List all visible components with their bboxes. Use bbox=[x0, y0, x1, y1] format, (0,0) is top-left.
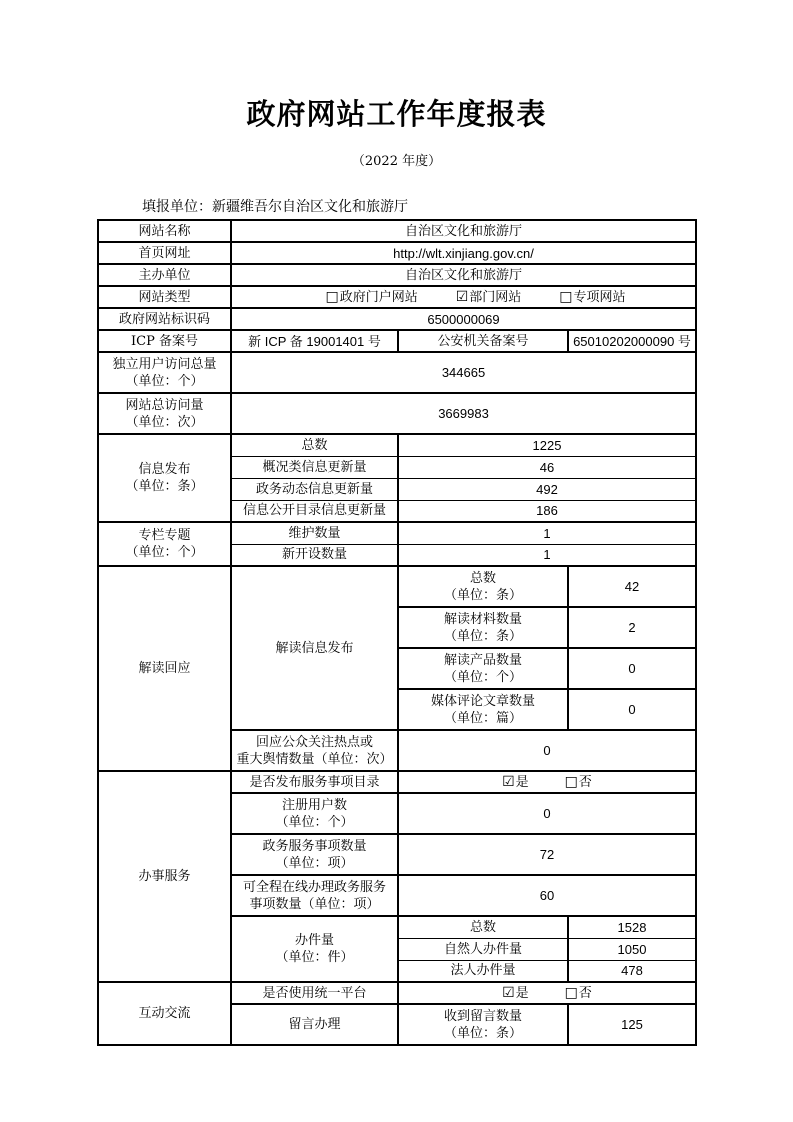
row-interpret-total: 解读回应 解读信息发布 总数 （单位：条） 42 bbox=[98, 566, 696, 607]
service-catalog-label: 是否发布服务事项目录 bbox=[231, 771, 398, 793]
info-publish-total-label: 总数 bbox=[231, 434, 398, 456]
cases-total-value: 1528 bbox=[568, 916, 696, 938]
interpret-products-label: 解读产品数量 （单位：个） bbox=[398, 648, 568, 689]
checkbox-checked-icon: ☑ bbox=[502, 774, 515, 791]
service-online-label: 可全程在线办理政务服务 事项数量（单位：项） bbox=[231, 875, 398, 916]
interact-section-label: 互动交流 bbox=[98, 982, 231, 1045]
annual-report-table: 网站名称 自治区文化和旅游厅 首页网址 http://wlt.xinjiang.… bbox=[97, 219, 697, 1046]
interpret-publish-label: 解读信息发布 bbox=[231, 566, 398, 730]
checkbox-checked-icon: ☑ bbox=[502, 985, 515, 1002]
checkbox-unchecked-icon: □ bbox=[325, 289, 338, 306]
info-publish-directory-value: 186 bbox=[398, 500, 696, 522]
columns-topics-section-label: 专栏专题 （单位：个） bbox=[98, 522, 231, 566]
interpret-media-value: 0 bbox=[568, 689, 696, 730]
home-url-value: http://wlt.xinjiang.gov.cn/ bbox=[231, 242, 696, 264]
row-unique-visitors: 独立用户访问总量 （单位：个） 344665 bbox=[98, 352, 696, 393]
interpret-total-value: 42 bbox=[568, 566, 696, 607]
cases-legal-label: 法人办件量 bbox=[398, 960, 568, 982]
unique-visitors-value: 344665 bbox=[231, 352, 696, 393]
row-icp: ICP 备案号 新 ICP 备 19001401 号 公安机关备案号 65010… bbox=[98, 330, 696, 352]
total-visits-value: 3669983 bbox=[231, 393, 696, 434]
interact-platform-label: 是否使用统一平台 bbox=[231, 982, 398, 1004]
host-unit-label: 主办单位 bbox=[98, 264, 231, 286]
service-registered-value: 0 bbox=[398, 793, 696, 834]
site-code-label: 政府网站标识码 bbox=[98, 308, 231, 330]
interpret-response-value: 0 bbox=[398, 730, 696, 771]
site-type-option-portal-label: 政府门户网站 bbox=[340, 289, 418, 306]
checkbox-unchecked-icon: □ bbox=[565, 774, 578, 791]
info-publish-overview-label: 概况类信息更新量 bbox=[231, 456, 398, 478]
unique-visitors-label: 独立用户访问总量 （单位：个） bbox=[98, 352, 231, 393]
info-publish-overview-value: 46 bbox=[398, 456, 696, 478]
service-section-label: 办事服务 bbox=[98, 771, 231, 982]
info-publish-dynamics-label: 政务动态信息更新量 bbox=[231, 478, 398, 500]
columns-new-value: 1 bbox=[398, 544, 696, 566]
row-info-publish-total: 信息发布 （单位：条） 总数 1225 bbox=[98, 434, 696, 456]
interpret-products-value: 0 bbox=[568, 648, 696, 689]
interact-platform-yesno: ☑是 □否 bbox=[401, 985, 693, 1002]
interpret-section-label: 解读回应 bbox=[98, 566, 231, 771]
cases-natural-label: 自然人办件量 bbox=[398, 938, 568, 960]
site-type-option-portal: □政府门户网站 bbox=[325, 289, 417, 306]
site-code-value: 6500000069 bbox=[231, 308, 696, 330]
cases-total-label: 总数 bbox=[398, 916, 568, 938]
checkbox-checked-icon: ☑ bbox=[456, 289, 469, 306]
interact-message-label: 留言办理 bbox=[231, 1004, 398, 1045]
row-interact-platform: 互动交流 是否使用统一平台 ☑是 □否 bbox=[98, 982, 696, 1004]
service-online-value: 60 bbox=[398, 875, 696, 916]
service-catalog-yesno: ☑是 □否 bbox=[401, 774, 693, 791]
page-title: 政府网站工作年度报表 bbox=[0, 0, 793, 133]
reporting-unit-line: 填报单位：新疆维吾尔自治区文化和旅游厅 bbox=[142, 196, 793, 216]
row-service-catalog: 办事服务 是否发布服务事项目录 ☑是 □否 bbox=[98, 771, 696, 793]
interpret-materials-value: 2 bbox=[568, 607, 696, 648]
site-name-label: 网站名称 bbox=[98, 220, 231, 242]
interpret-response-label: 回应公众关注热点或 重大舆情数量（单位：次） bbox=[231, 730, 398, 771]
checkbox-unchecked-icon: □ bbox=[565, 985, 578, 1002]
service-registered-label: 注册用户数 （单位：个） bbox=[231, 793, 398, 834]
cases-section-label: 办件量 （单位：件） bbox=[231, 916, 398, 982]
service-items-value: 72 bbox=[398, 834, 696, 875]
interpret-media-label: 媒体评论文章数量 （单位：篇） bbox=[398, 689, 568, 730]
icp-value: 新 ICP 备 19001401 号 bbox=[231, 330, 398, 352]
columns-maintained-label: 维护数量 bbox=[231, 522, 398, 544]
service-items-label: 政务服务事项数量 （单位：项） bbox=[231, 834, 398, 875]
row-site-name: 网站名称 自治区文化和旅游厅 bbox=[98, 220, 696, 242]
site-type-options: □政府门户网站 ☑部门网站 □专项网站 bbox=[234, 289, 693, 306]
row-site-type: 网站类型 □政府门户网站 ☑部门网站 □专项网站 bbox=[98, 286, 696, 308]
info-publish-dynamics-value: 492 bbox=[398, 478, 696, 500]
reporting-unit-label: 填报单位： bbox=[142, 199, 212, 215]
host-unit-value: 自治区文化和旅游厅 bbox=[231, 264, 696, 286]
row-columns-maintained: 专栏专题 （单位：个） 维护数量 1 bbox=[98, 522, 696, 544]
police-record-value: 65010202000090 号 bbox=[568, 330, 696, 352]
interact-message-count-value: 125 bbox=[568, 1004, 696, 1045]
cases-natural-value: 1050 bbox=[568, 938, 696, 960]
site-type-option-department-label: 部门网站 bbox=[469, 289, 521, 306]
info-publish-total-value: 1225 bbox=[398, 434, 696, 456]
row-host-unit: 主办单位 自治区文化和旅游厅 bbox=[98, 264, 696, 286]
info-publish-section-label: 信息发布 （单位：条） bbox=[98, 434, 231, 522]
interpret-materials-label: 解读材料数量 （单位：条） bbox=[398, 607, 568, 648]
columns-maintained-value: 1 bbox=[398, 522, 696, 544]
cases-legal-value: 478 bbox=[568, 960, 696, 982]
site-type-option-special: □专项网站 bbox=[559, 289, 625, 306]
site-type-option-special-label: 专项网站 bbox=[574, 289, 626, 306]
page-subtitle: （2022 年度） bbox=[0, 150, 793, 169]
reporting-unit-value: 新疆维吾尔自治区文化和旅游厅 bbox=[212, 199, 408, 215]
site-type-label: 网站类型 bbox=[98, 286, 231, 308]
icp-label: ICP 备案号 bbox=[98, 330, 231, 352]
service-catalog-yes: ☑是 bbox=[502, 774, 529, 791]
total-visits-label: 网站总访问量 （单位：次） bbox=[98, 393, 231, 434]
site-name-value: 自治区文化和旅游厅 bbox=[231, 220, 696, 242]
interact-platform-no: □否 bbox=[565, 985, 592, 1002]
site-type-option-department: ☑部门网站 bbox=[456, 289, 522, 306]
interact-message-count-label: 收到留言数量 （单位：条） bbox=[398, 1004, 568, 1045]
columns-new-label: 新开设数量 bbox=[231, 544, 398, 566]
interact-platform-yes: ☑是 bbox=[502, 985, 529, 1002]
info-publish-directory-label: 信息公开目录信息更新量 bbox=[231, 500, 398, 522]
police-record-label: 公安机关备案号 bbox=[398, 330, 568, 352]
row-site-code: 政府网站标识码 6500000069 bbox=[98, 308, 696, 330]
service-catalog-no: □否 bbox=[565, 774, 592, 791]
row-home-url: 首页网址 http://wlt.xinjiang.gov.cn/ bbox=[98, 242, 696, 264]
interpret-total-label: 总数 （单位：条） bbox=[398, 566, 568, 607]
row-total-visits: 网站总访问量 （单位：次） 3669983 bbox=[98, 393, 696, 434]
home-url-label: 首页网址 bbox=[98, 242, 231, 264]
checkbox-unchecked-icon: □ bbox=[559, 289, 572, 306]
